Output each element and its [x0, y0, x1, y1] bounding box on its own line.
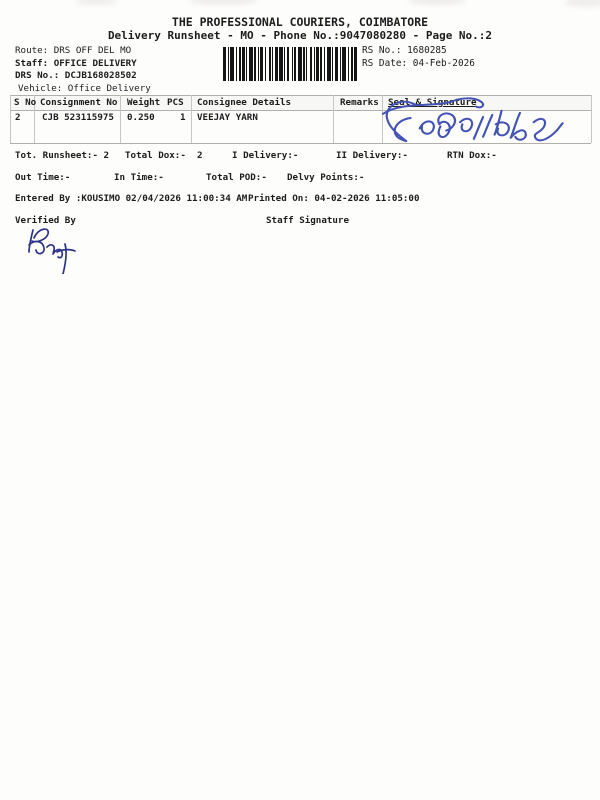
route-line: Route: DRS OFF DEL MO	[15, 46, 131, 55]
staff-signature-label: Staff Signature	[266, 216, 349, 225]
rtn-dox: RTN Dox:-	[447, 151, 497, 160]
total-dox-label: Total Dox:-	[125, 151, 186, 160]
cell-weight: 0.250	[127, 113, 155, 122]
cell-sno: 2	[15, 113, 21, 122]
table-col-divider	[333, 95, 334, 143]
barcode-image	[223, 47, 358, 81]
col-header-weight: Weight	[127, 98, 160, 107]
total-dox-value: 2	[197, 151, 203, 160]
rs-no-line: RS No.: 1680285	[362, 46, 447, 55]
col-header-pcs: PCS	[167, 98, 184, 107]
vehicle-line: Vehicle: Office Delivery	[18, 84, 151, 93]
cell-pcs: 1	[180, 113, 186, 122]
i-delivery: I Delivery:-	[232, 151, 298, 160]
total-pod: Total POD:-	[206, 173, 267, 182]
col-header-remarks: Remarks	[340, 98, 379, 107]
delivery-runsheet-document: THE PROFESSIONAL COURIERS, COIMBATORE De…	[0, 0, 600, 800]
drs-no-line: DRS No.: DCJB168028502	[15, 71, 137, 80]
delvy-points: Delvy Points:-	[287, 173, 364, 182]
verified-signature-scribble	[20, 224, 82, 274]
out-time: Out Time:-	[15, 173, 70, 182]
entered-by: Entered By :KOUSIMO 02/04/2026 11:00:34 …	[15, 194, 247, 203]
scan-smudge	[188, 0, 258, 5]
scan-smudge	[565, 0, 600, 7]
cell-consignment: CJB 523115975	[42, 113, 114, 122]
col-header-sno: S No	[14, 98, 36, 107]
seal-signature-scribble	[376, 91, 566, 143]
scan-smudge	[75, 0, 117, 5]
in-time: In Time:-	[114, 173, 164, 182]
cell-consignee: VEEJAY YARN	[197, 113, 258, 122]
printed-on: Printed On: 04-02-2026 11:05:00	[248, 194, 419, 203]
table-border-right	[591, 95, 592, 143]
rs-date-line: RS Date: 04-Feb-2026	[362, 59, 475, 68]
tot-runsheet: Tot. Runsheet:- 2	[15, 151, 109, 160]
company-title: THE PROFESSIONAL COURIERS, COIMBATORE	[0, 17, 600, 29]
runsheet-subtitle: Delivery Runsheet - MO - Phone No.:90470…	[0, 30, 600, 41]
staff-line: Staff: OFFICE DELIVERY	[15, 59, 137, 68]
col-header-consignee: Consignee Details	[197, 98, 291, 107]
table-col-divider	[191, 95, 192, 143]
ii-delivery: II Delivery:-	[336, 151, 408, 160]
table-col-divider	[120, 95, 121, 143]
table-border-bottom	[10, 143, 591, 144]
col-header-consignment: Consignment No	[40, 98, 117, 107]
scan-smudge	[408, 0, 466, 5]
table-border-left	[10, 95, 11, 143]
